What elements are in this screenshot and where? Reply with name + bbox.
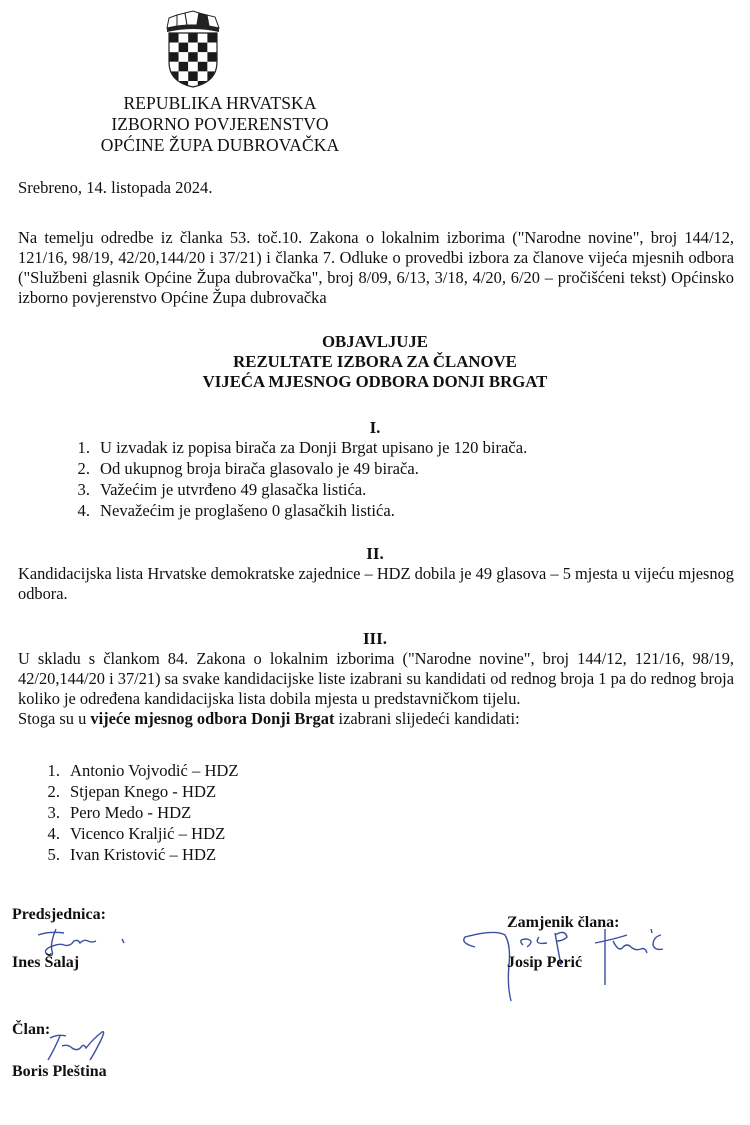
header-line-municipality: OPĆINE ŽUPA DUBROVAČKA bbox=[60, 135, 380, 156]
section-1-heading: I. bbox=[0, 418, 750, 438]
section-3-heading: III. bbox=[0, 629, 750, 649]
candidate-item: 4.Vicenco Kraljić – HDZ bbox=[34, 823, 239, 844]
stat-item: 3.Važećim je utvrđeno 49 glasačka listić… bbox=[64, 479, 527, 500]
title-line-3: VIJEĆA MJESNOG ODBORA DONJI BRGAT bbox=[0, 372, 750, 392]
elected-candidates-list: 1.Antonio Vojvodić – HDZ 2.Stjepan Knego… bbox=[34, 760, 239, 865]
council-name: vijeće mjesnog odbora Donji Brgat bbox=[90, 709, 334, 728]
president-name: Ines Šalaj bbox=[12, 953, 79, 973]
stat-item: 4.Nevažećim je proglašeno 0 glasačkih li… bbox=[64, 500, 527, 521]
title-line-1: OBJAVLJUJE bbox=[0, 332, 750, 352]
candidate-item: 1.Antonio Vojvodić – HDZ bbox=[34, 760, 239, 781]
title-line-2: REZULTATE IZBORA ZA ČLANOVE bbox=[0, 352, 750, 372]
document-date: Srebreno, 14. listopada 2024. bbox=[18, 178, 212, 198]
header-line-body: IZBORNO POVJERENSTVO bbox=[60, 114, 380, 135]
legal-preamble: Na temelju odredbe iz članka 53. toč.10.… bbox=[18, 228, 734, 308]
candidate-item: 2.Stjepan Knego - HDZ bbox=[34, 781, 239, 802]
candidate-item: 3.Pero Medo - HDZ bbox=[34, 802, 239, 823]
issuer-header: REPUBLIKA HRVATSKA IZBORNO POVJERENSTVO … bbox=[60, 93, 380, 156]
document-title: OBJAVLJUJE REZULTATE IZBORA ZA ČLANOVE V… bbox=[0, 332, 750, 392]
header-line-country: REPUBLIKA HRVATSKA bbox=[60, 93, 380, 114]
stat-item: 2.Od ukupnog broja birača glasovalo je 4… bbox=[64, 458, 527, 479]
candidate-item: 5.Ivan Kristović – HDZ bbox=[34, 844, 239, 865]
member-name: Boris Pleština bbox=[12, 1062, 107, 1082]
president-role: Predsjednica: bbox=[12, 905, 106, 925]
section-2-text: Kandidacijska lista Hrvatske demokratske… bbox=[18, 564, 734, 604]
deputy-name: Josip Perić bbox=[507, 953, 582, 973]
section-2-heading: II. bbox=[0, 544, 750, 564]
election-stats-list: 1.U izvadak iz popisa birača za Donji Br… bbox=[64, 437, 527, 521]
section-3-text: U skladu s člankom 84. Zakona o lokalnim… bbox=[18, 649, 734, 709]
section-3-conclusion: Stoga su u vijeće mjesnog odbora Donji B… bbox=[18, 709, 734, 729]
stat-item: 1.U izvadak iz popisa birača za Donji Br… bbox=[64, 437, 527, 458]
coat-of-arms-icon bbox=[163, 10, 223, 88]
deputy-signature-icon bbox=[455, 925, 735, 1005]
